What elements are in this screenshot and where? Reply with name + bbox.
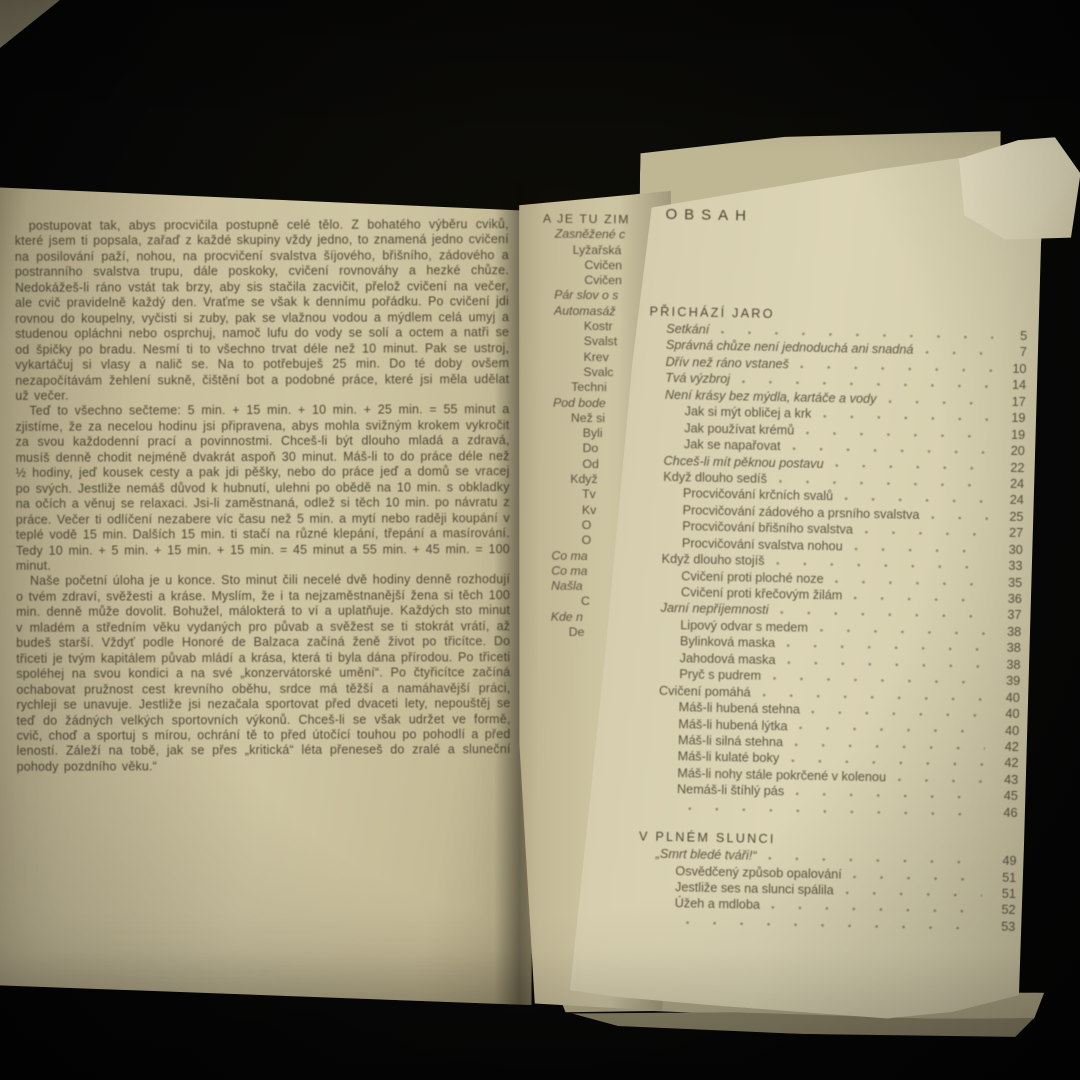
toc-page-number: 42 bbox=[991, 738, 1019, 755]
toc-page-number: 46 bbox=[989, 804, 1017, 821]
table-of-contents: PŘICHÁZÍ JAROSetkání5Správná chůze není … bbox=[637, 304, 1027, 936]
toc-page-number: 39 bbox=[992, 673, 1020, 690]
toc-page-number: 53 bbox=[987, 918, 1015, 935]
toc-page-number: 19 bbox=[997, 410, 1025, 427]
toc-leader-dots bbox=[923, 342, 993, 360]
toc-page-number: 27 bbox=[995, 525, 1023, 542]
toc-page-number: 40 bbox=[991, 722, 1019, 739]
toc-page-number: 51 bbox=[988, 885, 1016, 902]
toc-leader-dots bbox=[896, 769, 985, 787]
toc-page-number: 40 bbox=[992, 689, 1020, 706]
toc-page-number: 10 bbox=[998, 360, 1026, 377]
book-photo: postupovat tak, abys procvičila postupně… bbox=[0, 0, 1080, 1080]
toc-page-number: 24 bbox=[996, 475, 1024, 492]
toc-entry-label: Setkání bbox=[649, 321, 709, 339]
toc-page-number: 14 bbox=[998, 377, 1026, 394]
toc-page-number: 17 bbox=[998, 393, 1026, 410]
toc-leader-dots bbox=[929, 507, 989, 525]
toc-page-number: 45 bbox=[990, 788, 1018, 805]
body-paragraph: Teď to všechno sečteme: 5 min. + 15 min.… bbox=[15, 403, 510, 575]
toc-entry-label: Tvá výzbroj bbox=[648, 370, 730, 388]
toc-page-number: 38 bbox=[993, 623, 1021, 640]
toc-page-number: 36 bbox=[994, 591, 1022, 608]
toc-page-number: 51 bbox=[988, 869, 1016, 886]
toc-page-number: 38 bbox=[993, 640, 1021, 657]
toc-page-number: 7 bbox=[999, 344, 1027, 361]
toc-title: OBSAH bbox=[665, 206, 753, 225]
left-page: postupovat tak, abys procvičila postupně… bbox=[0, 159, 537, 1017]
page-corner-wedge bbox=[0, 0, 60, 48]
toc-page-number: 37 bbox=[993, 607, 1021, 624]
toc-page-number: 52 bbox=[987, 902, 1015, 919]
toc-page-number: 42 bbox=[990, 755, 1018, 772]
toc-entry-label: Úžeh a mdloba bbox=[638, 895, 761, 914]
toc-page-number: 20 bbox=[997, 443, 1025, 460]
toc-entry-label: Nemáš-li štíhlý pás bbox=[640, 781, 784, 800]
toc-page-number: 5 bbox=[999, 328, 1027, 345]
left-page-text: postupovat tak, abys procvičila postupně… bbox=[15, 217, 511, 775]
toc-page-number: 25 bbox=[995, 508, 1023, 525]
toc-page-number: 43 bbox=[990, 771, 1018, 788]
toc-entry-label bbox=[637, 923, 674, 924]
toc-page-number: 33 bbox=[994, 558, 1022, 575]
toc-entry-label bbox=[640, 809, 677, 810]
toc-page-number: 22 bbox=[996, 459, 1024, 476]
toc-page-number: 19 bbox=[997, 426, 1025, 443]
toc-page-number: 30 bbox=[995, 541, 1023, 558]
body-paragraph: postupovat tak, abys procvičila postupně… bbox=[15, 217, 510, 404]
toc-page-number: 35 bbox=[994, 574, 1022, 591]
toc-page-number: 40 bbox=[991, 706, 1019, 723]
body-paragraph: Naše početní úloha je u konce. Sto minut… bbox=[16, 573, 511, 776]
toc-page-number: 38 bbox=[992, 656, 1020, 673]
toc-page-number: 49 bbox=[988, 853, 1016, 870]
toc-page-number: 24 bbox=[996, 492, 1024, 509]
